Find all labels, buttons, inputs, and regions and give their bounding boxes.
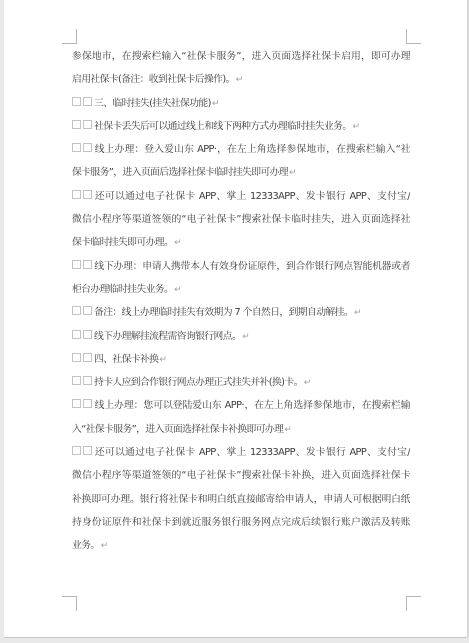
paragraph-mark-icon: ↵ — [174, 238, 182, 248]
ideographic-space-mark — [72, 376, 81, 385]
ideographic-space-mark — [72, 353, 81, 362]
paragraph-mark-icon: ↵ — [159, 355, 167, 365]
line-text: 微信小程序等渠道签领的“电子社保卡”搜索社保卡补换，进入页面选择社保卡 — [72, 470, 410, 481]
text-line: 微信小程序等渠道签领的“电子社保卡”搜索社保卡补换，进入页面选择社保卡 — [72, 464, 410, 487]
line-text: 三、临时挂失(挂失社保功能) — [94, 98, 211, 109]
line-text: 线上办理：您可以登陆爱山东 APP·，在左上角选择参保地市，在搜索栏输 — [94, 400, 410, 411]
line-text: 还可以通过电子社保卡 APP、掌上 12333APP、发卡银行 APP、支付宝/ — [94, 447, 410, 458]
text-line: 微信小程序等渠道签领的“电子社保卡”搜索社保卡临时挂失，进入页面选择社 — [72, 208, 410, 231]
ideographic-space-mark — [83, 190, 92, 199]
paragraph-mark-icon: ↵ — [353, 122, 361, 132]
line-text: 社保卡丢失后可以通过线上和线下两种方式办理临时挂失业务。 — [94, 121, 352, 132]
text-line: 四、社保卡补换↵ — [72, 348, 410, 371]
ideographic-space-mark — [72, 120, 81, 129]
line-text: 启用社保卡(备注：收到社保卡后操作)。 — [72, 74, 235, 85]
line-text: 保卡服务”，进入页面后选择社保卡临时挂失即可办理 — [72, 167, 288, 178]
paragraph-mark-icon: ↵ — [289, 168, 297, 178]
text-line: 线下办理：申请人携带本人有效身份证原件，到合作银行网点智能机器或者 — [72, 255, 410, 278]
text-line: 备注：线上办理临时挂失有效期为 7 个自然日，到期自动解挂。↵ — [72, 301, 410, 324]
line-text: 四、社保卡补换 — [94, 354, 158, 365]
ideographic-space-mark — [83, 306, 92, 315]
ideographic-space-mark — [72, 330, 81, 339]
text-line: 社保卡丢失后可以通过线上和线下两种方式办理临时挂失业务。↵ — [72, 115, 410, 138]
text-line: 保卡服务”，进入页面后选择社保卡临时挂失即可办理↵ — [72, 161, 410, 184]
line-text: 补换即可办理。银行将社保卡和明白纸直接邮寄给申请人，申请人可根据明白纸 — [72, 494, 410, 505]
paragraph-mark-icon: ↵ — [212, 99, 220, 109]
line-text: 持身份证原件和社保卡到就近服务银行服务网点完成后续银行账户激活及转账 — [72, 517, 410, 528]
text-line: 柜台办理临时挂失业务。↵ — [72, 278, 410, 301]
text-line: 线上办理：登入爱山东 APP·，在左上角选择参保地市，在搜索栏输入“社 — [72, 138, 410, 161]
paragraph-mark-icon: ↵ — [354, 308, 362, 318]
ideographic-space-mark — [72, 306, 81, 315]
crop-mark-top-right — [406, 29, 421, 44]
ideographic-space-mark — [72, 190, 81, 199]
text-line: 还可以通过电子社保卡 APP、掌上 12333APP、发卡银行 APP、支付宝/ — [72, 185, 410, 208]
line-text: 微信小程序等渠道签领的“电子社保卡”搜索社保卡临时挂失，进入页面选择社 — [72, 214, 410, 225]
ideographic-space-mark — [83, 97, 92, 106]
ideographic-space-mark — [72, 446, 81, 455]
ideographic-space-mark — [83, 330, 92, 339]
line-text: 线下办理：申请人携带本人有效身份证原件，到合作银行网点智能机器或者 — [94, 261, 410, 272]
ideographic-space-mark — [83, 120, 92, 129]
line-text: 线下办理解挂流程需咨询银行网点。 — [94, 331, 241, 342]
crop-mark-bottom-right — [406, 596, 421, 611]
crop-mark-bottom-left — [62, 596, 77, 611]
text-line: 补换即可办理。银行将社保卡和明白纸直接邮寄给申请人，申请人可根据明白纸 — [72, 488, 410, 511]
ideographic-space-mark — [72, 399, 81, 408]
paragraph-mark-icon: ↵ — [101, 541, 109, 551]
text-line: 还可以通过电子社保卡 APP、掌上 12333APP、发卡银行 APP、支付宝/ — [72, 441, 410, 464]
text-area[interactable]: 参保地市，在搜索栏输入“社保卡服务”，进入页面选择社保卡启用，即可办理启用社保卡… — [72, 45, 410, 558]
text-line: 三、临时挂失(挂失社保功能)↵ — [72, 92, 410, 115]
text-line: 持身份证原件和社保卡到就近服务银行服务网点完成后续银行账户激活及转账 — [72, 511, 410, 534]
ideographic-space-mark — [72, 260, 81, 269]
ideographic-space-mark — [83, 260, 92, 269]
line-text: 入“社保卡服务”，进入页面选择社保卡补换即可办理 — [72, 424, 283, 435]
text-line: 保卡临时挂失即可办理。↵ — [72, 231, 410, 254]
ideographic-space-mark — [83, 376, 92, 385]
line-text: 参保地市，在搜索栏输入“社保卡服务”，进入页面选择社保卡启用，即可办理 — [72, 51, 410, 62]
paragraph-mark-icon: ↵ — [304, 378, 312, 388]
line-text: 业务。 — [72, 540, 100, 551]
text-line: 线上办理：您可以登陆爱山东 APP·，在左上角选择参保地市，在搜索栏输 — [72, 394, 410, 417]
paragraph-mark-icon: ↵ — [236, 75, 244, 85]
text-line: 持卡人应到合作银行网点办理正式挂失并补(换)卡。↵ — [72, 371, 410, 394]
ideographic-space-mark — [83, 143, 92, 152]
line-text: 备注：线上办理临时挂失有效期为 7 个自然日，到期自动解挂。 — [94, 307, 353, 318]
line-text: 柜台办理临时挂失业务。 — [72, 284, 173, 295]
text-line: 线下办理解挂流程需咨询银行网点。↵ — [72, 325, 410, 348]
ideographic-space-mark — [83, 446, 92, 455]
line-text: 还可以通过电子社保卡 APP、掌上 12333APP、发卡银行 APP、支付宝/ — [94, 191, 410, 202]
ideographic-space-mark — [83, 399, 92, 408]
line-text: 保卡临时挂失即可办理。 — [72, 237, 173, 248]
paragraph-mark-icon: ↵ — [284, 425, 292, 435]
paragraph-mark-icon: ↵ — [174, 285, 182, 295]
text-line: 入“社保卡服务”，进入页面选择社保卡补换即可办理↵ — [72, 418, 410, 441]
ideographic-space-mark — [72, 97, 81, 106]
ideographic-space-mark — [83, 353, 92, 362]
paragraph-mark-icon: ↵ — [242, 332, 250, 342]
text-line: 业务。↵ — [72, 534, 410, 557]
ideographic-space-mark — [72, 143, 81, 152]
text-line: 参保地市，在搜索栏输入“社保卡服务”，进入页面选择社保卡启用，即可办理 — [72, 45, 410, 68]
text-line: 启用社保卡(备注：收到社保卡后操作)。↵ — [72, 68, 410, 91]
line-text: 线上办理：登入爱山东 APP·，在左上角选择参保地市，在搜索栏输入“社 — [94, 144, 410, 155]
line-text: 持卡人应到合作银行网点办理正式挂失并补(换)卡。 — [94, 377, 303, 388]
document-page: 参保地市，在搜索栏输入“社保卡服务”，进入页面选择社保卡启用，即可办理启用社保卡… — [4, 0, 467, 637]
crop-mark-top-left — [62, 29, 77, 44]
